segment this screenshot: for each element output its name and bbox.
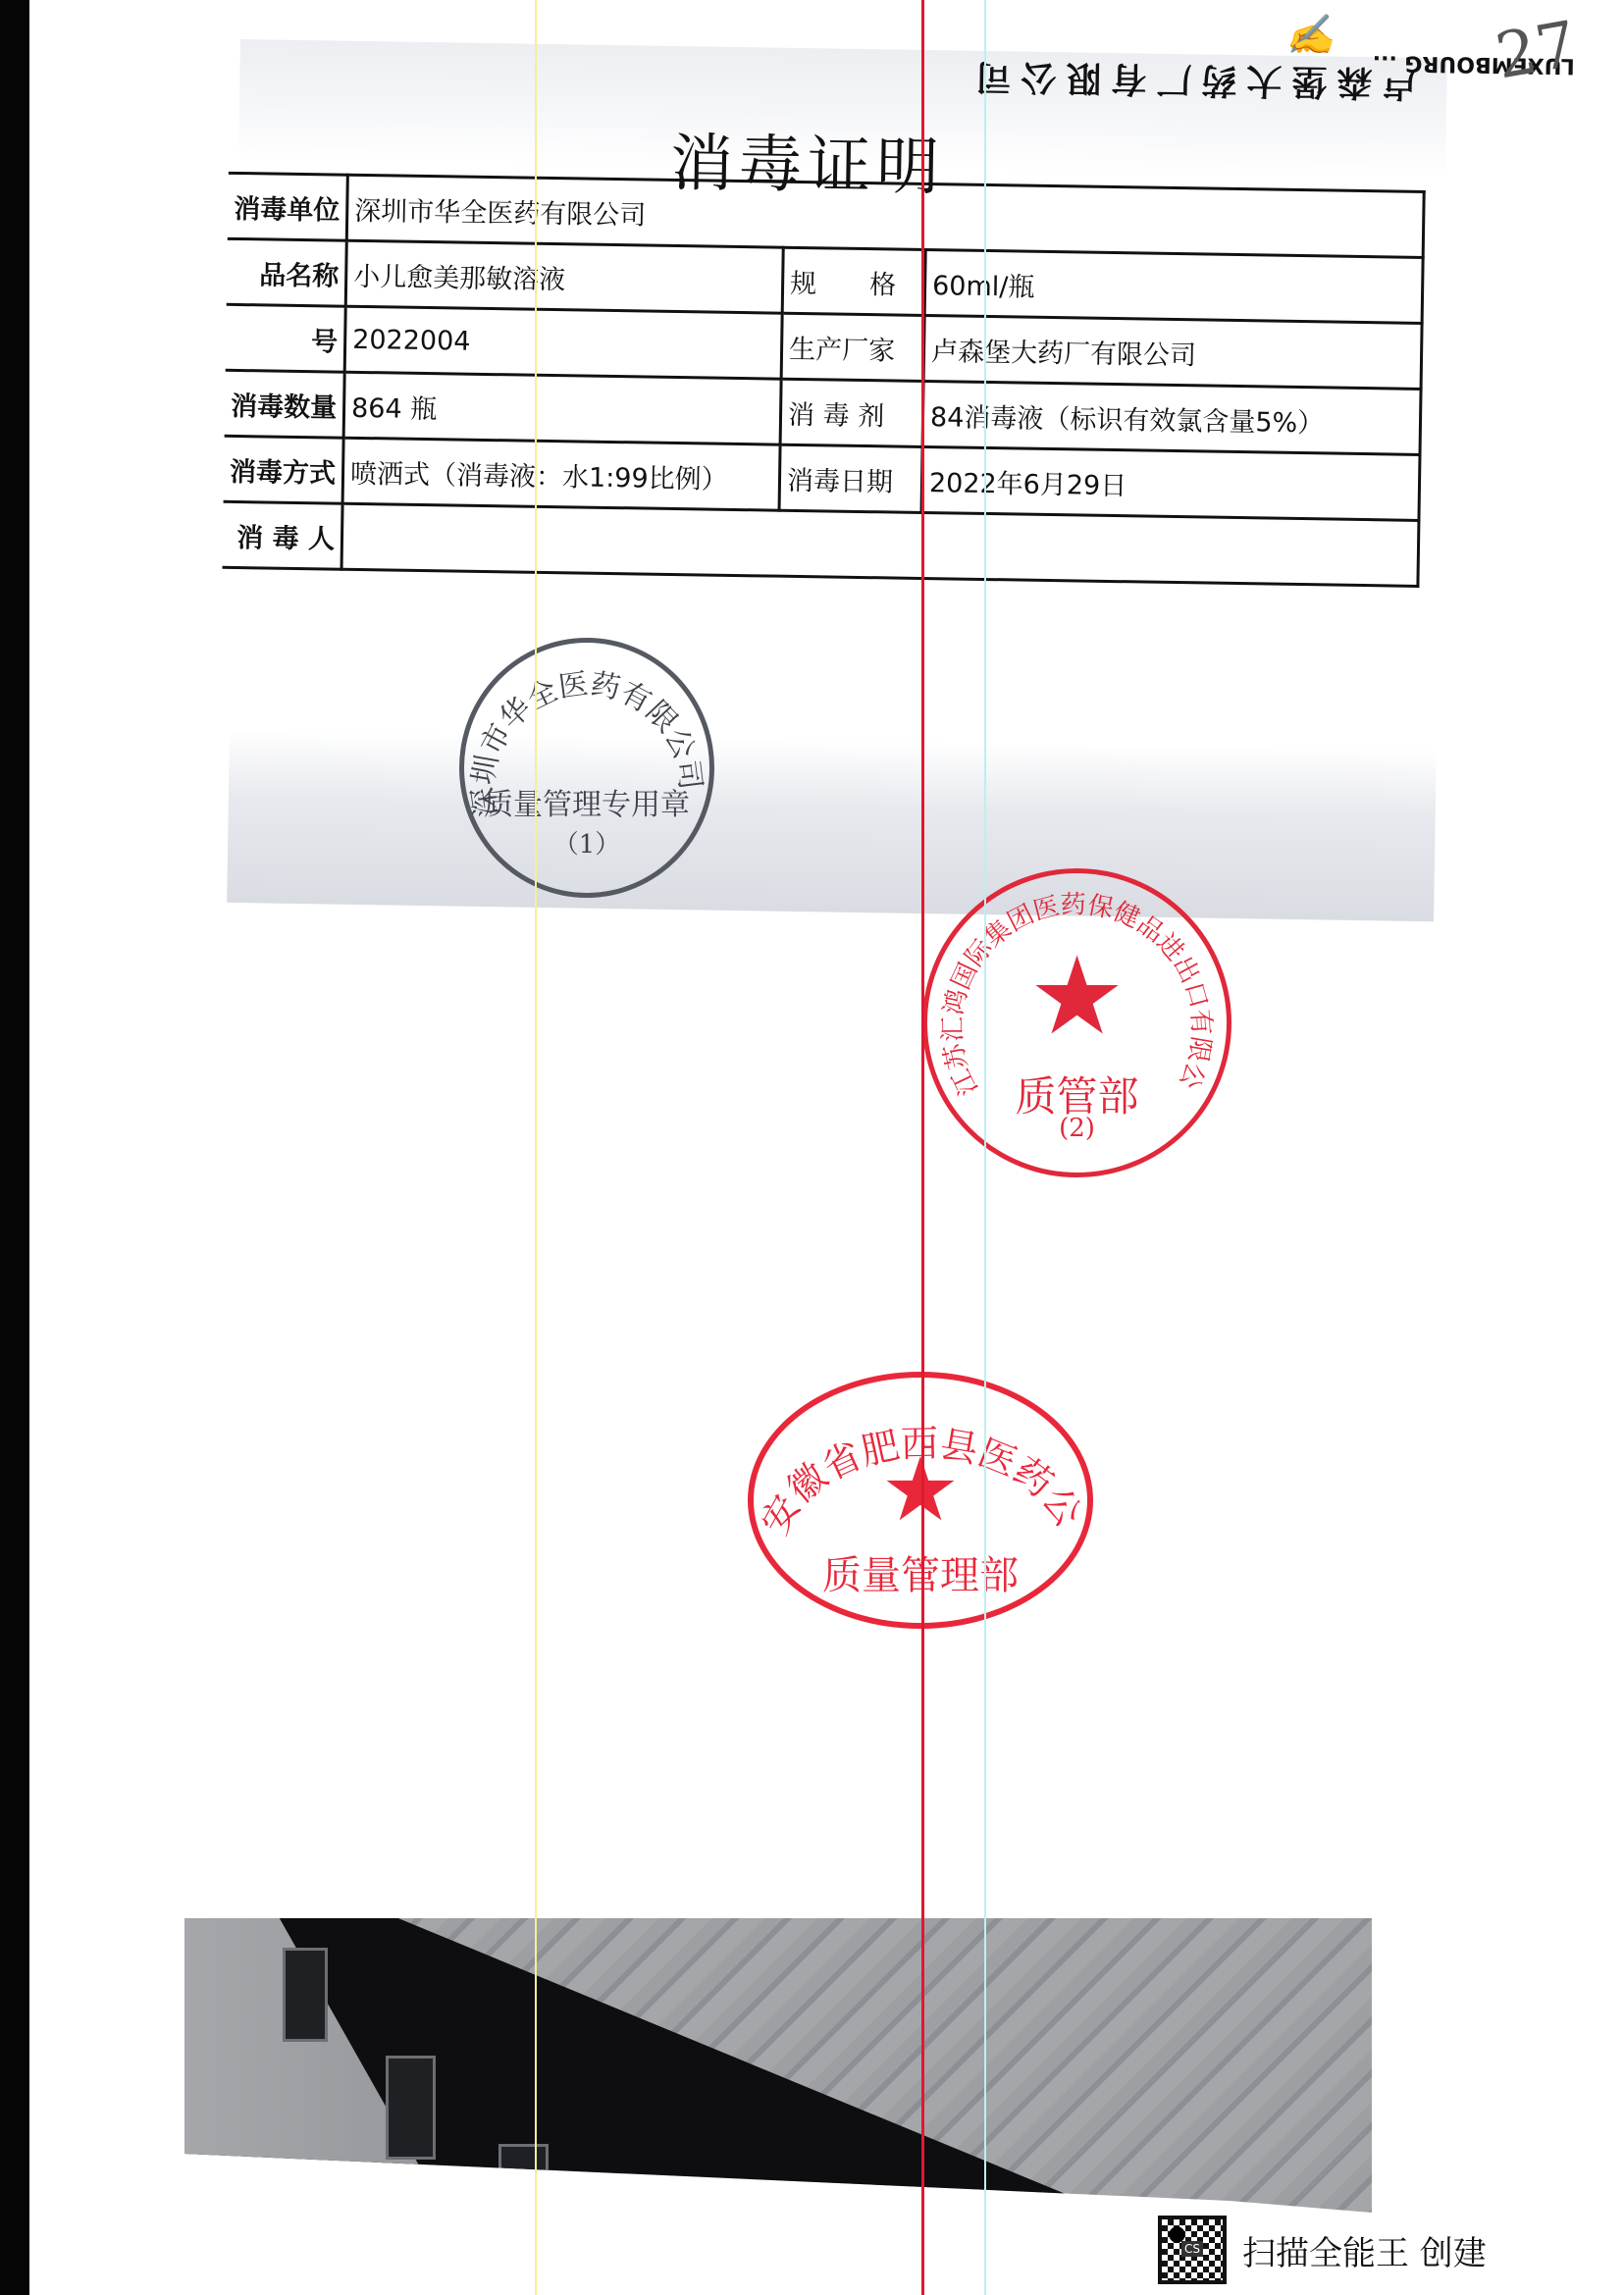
- label-quantity: 消毒数量: [225, 370, 345, 438]
- scan-left-border: [0, 0, 29, 2295]
- scanner-watermark: CS 扫描全能王 创建: [1158, 2216, 1487, 2284]
- window-shape: [283, 1948, 328, 2042]
- stamp-huaquan-quality: 深圳市华全医药有限公司 质量管理专用章 （1）: [459, 638, 714, 898]
- window-shape: [498, 2144, 549, 2209]
- stamp-number: (2): [927, 1114, 1227, 1143]
- stamp-feixi-quality-dept: 安徽省肥西县医药公司 ★ 质量管理部: [748, 1372, 1093, 1629]
- disinfection-table: 消毒单位 深圳市华全医药有限公司 品名称 小儿愈美那敏溶液 规 格 60ml/瓶…: [223, 172, 1426, 588]
- value-specification: 60ml/瓶: [924, 249, 1423, 323]
- label-disinfection-unit: 消毒单位: [228, 173, 348, 240]
- label-method: 消毒方式: [224, 436, 344, 503]
- certificate-sheet: 卢森堡大药厂有限公司 LUXEMBOURG ... 消毒证明 消毒单位 深圳市华…: [227, 39, 1447, 921]
- scan-artifact-red-line: [921, 0, 924, 2295]
- handwritten-page-number: 27: [1491, 8, 1582, 93]
- value-manufacturer: 卢森堡大药厂有限公司: [923, 315, 1422, 389]
- label-product-name: 品名称: [227, 238, 347, 306]
- label-disinfectant: 消 毒 剂: [780, 379, 923, 446]
- label-specification: 规 格: [782, 247, 925, 315]
- scan-artifact-cyan-line: [984, 0, 986, 2295]
- label-operator: 消 毒 人: [223, 501, 343, 569]
- value-product-name: 小儿愈美那敏溶液: [345, 240, 783, 313]
- value-batch-number: 2022004: [344, 306, 782, 379]
- value-disinfectant: 84消毒液（标识有效氯含量5%）: [922, 381, 1421, 454]
- signature-scribble-icon: ✍: [1285, 12, 1364, 71]
- qr-badge: CS: [1181, 2241, 1203, 2257]
- qr-code-icon: CS: [1158, 2216, 1227, 2284]
- stamp-jiangsu-quality-dept: 江苏汇鸿国际集团医药保健品进出口有限公司 ★ 质管部 (2): [922, 868, 1231, 1177]
- background-photo-strip: [184, 1918, 1372, 2213]
- stamp-number: （1）: [464, 824, 709, 861]
- star-icon: ★: [881, 1446, 961, 1535]
- scan-artifact-yellow-line: [535, 0, 537, 2295]
- watermark-text: 扫描全能王 创建: [1242, 2226, 1487, 2274]
- star-icon: ★: [1028, 942, 1126, 1050]
- window-shape: [386, 2056, 436, 2160]
- stamp-dept: 质量管理专用章: [464, 780, 709, 823]
- label-batch-number: 号: [226, 304, 346, 372]
- value-method: 喷洒式（消毒液：水1:99比例）: [342, 438, 780, 510]
- stamp-dept: 质量管理部: [754, 1544, 1087, 1600]
- value-quantity: 864 瓶: [343, 372, 781, 444]
- label-manufacturer: 生产厂家: [781, 313, 924, 381]
- value-date: 2022年6月29日: [921, 446, 1420, 520]
- label-date: 消毒日期: [779, 444, 922, 512]
